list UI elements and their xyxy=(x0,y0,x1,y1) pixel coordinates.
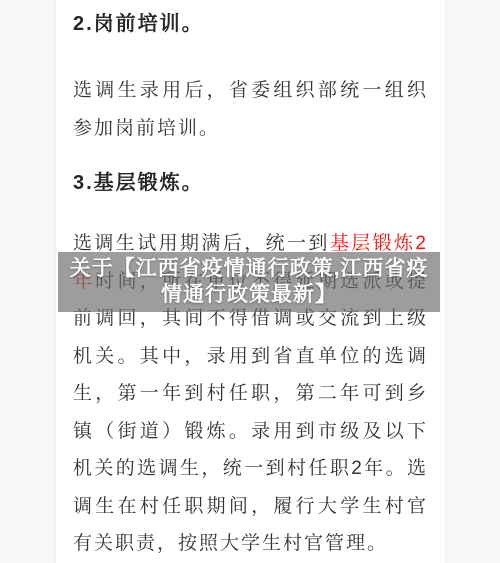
paragraph-pre-job-training: 选调生录用后，省委组织部统一组织参加岗前培训。 xyxy=(73,72,428,147)
paragraph-text-lead: 选调生试用期满后，统一到 xyxy=(73,233,330,254)
page-background: 2.岗前培训。 选调生录用后，省委组织部统一组织参加岗前培训。 3.基层锻炼。 … xyxy=(0,0,500,563)
paragraph-text-rest: 时间，所在单位不得延期选派或提前调回，其间不得借调或交流到上级机关。其中，录用到… xyxy=(73,271,428,555)
watermark-banner-text: 关于【江西省疫情通行政策,江西省疫情通行政策最新】 xyxy=(60,256,438,308)
section-heading-grassroots-training: 3.基层锻炼。 xyxy=(73,169,428,197)
watermark-banner: 关于【江西省疫情通行政策,江西省疫情通行政策最新】 xyxy=(58,252,440,312)
section-heading-pre-job-training: 2.岗前培训。 xyxy=(73,10,428,38)
